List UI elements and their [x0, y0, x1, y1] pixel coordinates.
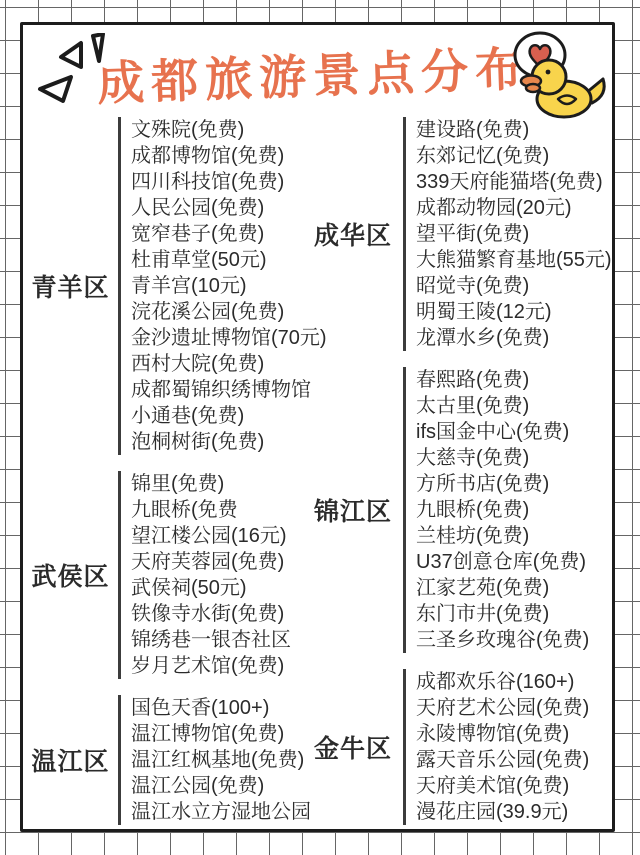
- attraction-list: 成都欢乐谷(160+)天府艺术公园(免费)永陵博物馆(免费)露天音乐公园(免费)…: [403, 669, 589, 825]
- attraction-item: 武侯祠(50元): [131, 575, 291, 601]
- district-section: 成华区建设路(免费)东郊记忆(免费)339天府能猫塔(免费)成都动物园(20元)…: [303, 117, 612, 351]
- attraction-item: 九眼桥(免费: [131, 497, 291, 523]
- attraction-item: 东郊记忆(免费): [416, 143, 612, 169]
- attraction-item: 三圣乡玫瑰谷(免费): [416, 627, 589, 653]
- district-section: 温江区国色天香(100+)温江博物馆(免费)温江红枫基地(免费)温江公园(免费)…: [23, 695, 303, 825]
- attraction-list: 文殊院(免费)成都博物馆(免费)四川科技馆(免费)人民公园(免费)宽窄巷子(免费…: [118, 117, 327, 455]
- attraction-item: 温江红枫基地(免费): [131, 747, 311, 773]
- district-label: 成华区: [303, 117, 403, 351]
- attraction-item: 太古里(免费): [416, 393, 589, 419]
- title-row: 成都旅游景点分布: [23, 25, 612, 115]
- attraction-item: 浣花溪公园(免费): [131, 299, 327, 325]
- attraction-item: 文殊院(免费): [131, 117, 327, 143]
- attraction-item: 铁像寺水街(免费): [131, 601, 291, 627]
- right-column: 成华区建设路(免费)东郊记忆(免费)339天府能猫塔(免费)成都动物园(20元)…: [303, 115, 612, 841]
- attraction-item: 兰桂坊(免费): [416, 523, 589, 549]
- attraction-item: 大慈寺(免费): [416, 445, 589, 471]
- attraction-list: 建设路(免费)东郊记忆(免费)339天府能猫塔(免费)成都动物园(20元)望平街…: [403, 117, 612, 351]
- attraction-item: 望平街(免费): [416, 221, 612, 247]
- attraction-item: 人民公园(免费): [131, 195, 327, 221]
- district-section: 金牛区成都欢乐谷(160+)天府艺术公园(免费)永陵博物馆(免费)露天音乐公园(…: [303, 669, 612, 825]
- page-title: 成都旅游景点分布: [96, 31, 558, 114]
- attraction-item: 成都博物馆(免费): [131, 143, 327, 169]
- attraction-item: 江家艺苑(免费): [416, 575, 589, 601]
- district-label: 金牛区: [303, 669, 403, 825]
- attraction-item: 四川科技馆(免费): [131, 169, 327, 195]
- attraction-item: ifs国金中心(免费): [416, 419, 589, 445]
- attraction-item: 露天音乐公园(免费): [416, 747, 589, 773]
- attraction-item: 339天府能猫塔(免费): [416, 169, 612, 195]
- district-section: 武侯区锦里(免费)九眼桥(免费望江楼公园(16元)天府芙蓉园(免费)武侯祠(50…: [23, 471, 303, 679]
- attraction-item: 青羊宫(10元): [131, 273, 327, 299]
- district-label: 青羊区: [23, 117, 118, 455]
- district-table: 青羊区文殊院(免费)成都博物馆(免费)四川科技馆(免费)人民公园(免费)宽窄巷子…: [23, 115, 612, 841]
- attraction-item: 九眼桥(免费): [416, 497, 589, 523]
- attraction-item: 温江水立方湿地公园: [131, 799, 311, 825]
- attraction-item: 大熊猫繁育基地(55元): [416, 247, 612, 273]
- attraction-item: U37创意仓库(免费): [416, 549, 589, 575]
- attraction-item: 温江公园(免费): [131, 773, 311, 799]
- attraction-item: 锦绣巷一银杏社区: [131, 627, 291, 653]
- attraction-item: 永陵博物馆(免费): [416, 721, 589, 747]
- attraction-item: 温江博物馆(免费): [131, 721, 311, 747]
- district-label: 锦江区: [303, 367, 403, 653]
- attraction-item: 东门市井(免费): [416, 601, 589, 627]
- attraction-item: 漫花庄园(39.9元): [416, 799, 589, 825]
- attraction-item: 昭觉寺(免费): [416, 273, 612, 299]
- district-section: 青羊区文殊院(免费)成都博物馆(免费)四川科技馆(免费)人民公园(免费)宽窄巷子…: [23, 117, 303, 455]
- district-label: 温江区: [23, 695, 118, 825]
- district-section: 锦江区春熙路(免费)太古里(免费)ifs国金中心(免费)大慈寺(免费)方所书店(…: [303, 367, 612, 653]
- attraction-item: 成都蜀锦织绣博物馆: [131, 377, 327, 403]
- poster-card: 成都旅游景点分布 青羊区文殊院(免费)成都博物馆(免费)四川科技馆(免费)人民公…: [20, 22, 615, 832]
- attraction-item: 西村大院(免费): [131, 351, 327, 377]
- left-column: 青羊区文殊院(免费)成都博物馆(免费)四川科技馆(免费)人民公园(免费)宽窄巷子…: [23, 115, 303, 841]
- attraction-item: 泡桐树街(免费): [131, 429, 327, 455]
- attraction-item: 望江楼公园(16元): [131, 523, 291, 549]
- attraction-list: 锦里(免费)九眼桥(免费望江楼公园(16元)天府芙蓉园(免费)武侯祠(50元)铁…: [118, 471, 291, 679]
- attraction-item: 天府芙蓉园(免费): [131, 549, 291, 575]
- attraction-item: 龙潭水乡(免费): [416, 325, 612, 351]
- attraction-list: 春熙路(免费)太古里(免费)ifs国金中心(免费)大慈寺(免费)方所书店(免费)…: [403, 367, 589, 653]
- attraction-item: 金沙遗址博物馆(70元): [131, 325, 327, 351]
- attraction-item: 成都动物园(20元): [416, 195, 612, 221]
- attraction-item: 宽窄巷子(免费): [131, 221, 327, 247]
- attraction-item: 成都欢乐谷(160+): [416, 669, 589, 695]
- attraction-item: 春熙路(免费): [416, 367, 589, 393]
- attraction-item: 杜甫草堂(50元): [131, 247, 327, 273]
- attraction-list: 国色天香(100+)温江博物馆(免费)温江红枫基地(免费)温江公园(免费)温江水…: [118, 695, 311, 825]
- attraction-item: 国色天香(100+): [131, 695, 311, 721]
- district-label: 武侯区: [23, 471, 118, 679]
- attraction-item: 天府艺术公园(免费): [416, 695, 589, 721]
- attraction-item: 天府美术馆(免费): [416, 773, 589, 799]
- attraction-item: 锦里(免费): [131, 471, 291, 497]
- duck-and-heart-bubble-icon: [500, 27, 610, 128]
- attraction-item: 明蜀王陵(12元): [416, 299, 612, 325]
- attraction-item: 方所书店(免费): [416, 471, 589, 497]
- attraction-item: 岁月艺术馆(免费): [131, 653, 291, 679]
- attraction-item: 小通巷(免费): [131, 403, 327, 429]
